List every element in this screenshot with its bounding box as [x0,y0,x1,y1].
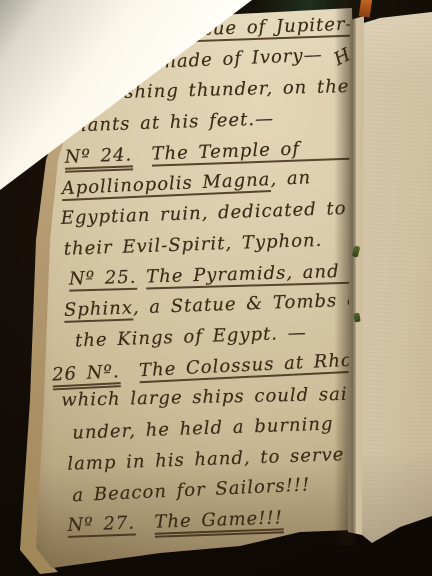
gutter-shadow [334,0,356,545]
handwritten-text: Nº 27. [67,512,135,537]
handwritten-text: The Game!!! [154,507,283,537]
handwritten-text: which large ships could sail [61,384,355,411]
binding-thread [353,313,360,323]
handwritten-text: — [287,322,307,344]
handwritten-text: Sphinx [64,298,134,323]
photo-of-open-notebook: Nº 23. Statue of Jupiter—Olympus, made o… [0,0,432,576]
handwritten-text: 26 Nº. [52,361,121,390]
handwritten-text: , an [270,168,312,191]
handwritten-text [119,360,139,382]
handwritten-text: Nº 25. [69,266,137,291]
handwritten-text [132,143,152,165]
handwritten-text [135,512,155,534]
handwritten-text: Nº 24. [64,144,132,172]
